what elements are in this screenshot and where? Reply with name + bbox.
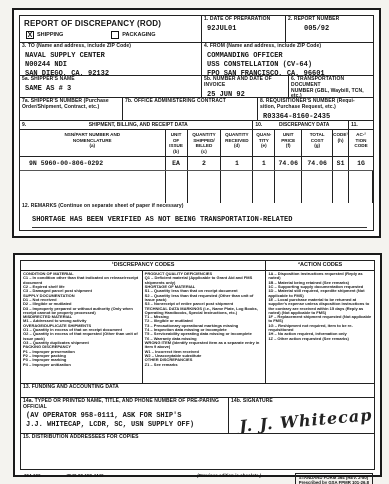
discrepancy-codes-column-2: PRODUCT QUALITY DEFICIENCIES Q1 – Defici… [143, 271, 267, 383]
box13-label: 13. FUNDING AND ACCOUNTING DATA [23, 385, 372, 391]
section10-number: 10. [255, 122, 262, 128]
box5b-value: 25 JUN 92 [207, 91, 286, 98]
shipping-label: SHIPPING [37, 32, 63, 38]
cell-qty-shipped: 2 [188, 157, 222, 170]
form-footer: 364-102 7540-00-159-4442 (Previous editi… [20, 472, 375, 484]
rod-form-page1: REPORT OF DISCREPANCY (ROD) X SHIPPING P… [12, 8, 381, 238]
box14a-label: 14a. TYPED OR PRINTED NAME, TITLE, AND P… [23, 399, 226, 411]
box8-requisitioners-number: 8. REQUISITIONER'S NUMBER (Requi- sition… [258, 98, 373, 120]
box14a-value: (AV OPERATOR 958-0111, ASK FOR SHIP'S J.… [26, 412, 226, 430]
action-codes-column: 1A – Disposition instructions requested … [266, 271, 374, 383]
cell-qty-received: 1 [221, 157, 253, 170]
table-empty-rows [20, 171, 373, 203]
table-section-band: 9. SHIPMENT, BILLING, AND RECEIPT DATA 1… [20, 121, 373, 130]
box13-funding-accounting: 13. FUNDING AND ACCOUNTING DATA [21, 384, 374, 398]
box3-to-address: 3. TO (Name and address, include ZIP Cod… [20, 43, 202, 75]
box7a-shippers-number: 7a. SHIPPER'S NUMBER (Purchase Order/Shi… [20, 98, 123, 120]
box12-remarks: 12. REMARKS (Continue on separate sheet … [20, 203, 373, 231]
packaging-label: PACKAGING [122, 32, 155, 38]
address-row: 3. TO (Name and address, include ZIP Cod… [20, 43, 373, 76]
box5b-label: 5b. NUMBER AND DATE OF INVOICE [204, 77, 286, 89]
packaging-checkbox [111, 31, 119, 39]
box7a-label: 7a. SHIPPER'S NUMBER (Purchase Order/Shi… [22, 99, 120, 111]
footer-nsn: 7540-00-159-4442 [67, 473, 104, 478]
footer-previous-edition: (Previous edition is obsolete.) [164, 473, 295, 478]
title-cell: REPORT OF DISCREPANCY (ROD) X SHIPPING P… [20, 16, 202, 42]
cell-code: S1 [333, 157, 349, 170]
box7b-office-administering-contract: 7b. OFFICE ADMINISTERING CONTRACT [123, 98, 258, 120]
col-header-nsn: NSN/PART NUMBER AND NOMENCLATURE (a) [20, 130, 166, 156]
action-codes-title: ²ACTION CODES [266, 261, 374, 270]
box12-label: 12. REMARKS (Continue on separate sheet … [22, 204, 371, 210]
box4-label: 4. FROM (Name and address, include ZIP C… [204, 44, 371, 50]
box7b-label: 7b. OFFICE ADMINISTERING CONTRACT [125, 99, 255, 105]
form-body-bottom: ¹DISCREPANCY CODES ²ACTION CODES CONDITI… [20, 260, 375, 470]
box14b-label: 14b. SIGNATURE [231, 399, 372, 405]
box1-date-of-preparation: 1. DATE OF PREPARATION 92JUL01 [202, 16, 286, 42]
form-title: REPORT OF DISCREPANCY (ROD) [24, 19, 199, 28]
section11-number: 11. [351, 122, 358, 128]
cell-action-code: 1G [349, 157, 373, 170]
box2-label: 2. REPORT NUMBER [288, 17, 371, 23]
box5a-value: SAME AS # 3 [25, 85, 199, 94]
section10-header: 10. DISCREPANCY DATA [253, 121, 349, 129]
col-header-qty-shipped: QUANTITY SHIPPED/ BILLED (c) [188, 130, 222, 156]
section9-title: SHIPMENT, BILLING, AND RECEIPT DATA [26, 122, 250, 128]
codes-header-row: ¹DISCREPANCY CODES ²ACTION CODES [21, 261, 374, 271]
codes-body: CONDITION OF MATERIAL C1 – In condition … [21, 271, 374, 384]
box12-value: SHORTAGE HAS BEEN VERIFIED AS NOT BEING … [32, 216, 367, 228]
col-header-qty-received: QUANTITY RECEIVED (d) [221, 130, 253, 156]
box4-from-address: 4. FROM (Name and address, include ZIP C… [202, 43, 373, 75]
checkbox-row: X SHIPPING PACKAGING [26, 31, 199, 39]
header-row: REPORT OF DISCREPANCY (ROD) X SHIPPING P… [20, 16, 373, 43]
col-header-action-code: AC-² TION CODE [349, 130, 373, 156]
box15-distribution-addressees: 15. DISTRIBUTION ADDRESSEES FOR COPIES [21, 434, 374, 468]
table-column-headers: NSN/PART NUMBER AND NOMENCLATURE (a) UNI… [20, 130, 373, 157]
cell-unit-price: 74.06 [275, 157, 302, 170]
cell-nsn: 9N 5960-00-806-0292 [20, 157, 166, 170]
footer-prescribed-by: Prescribed by GSA FPMR 101-26.8 [299, 480, 369, 484]
box2-report-number: 2. REPORT NUMBER 005/92 [286, 16, 373, 42]
col-header-code: CODE¹ (h) [333, 130, 349, 156]
box5b-invoice: 5b. NUMBER AND DATE OF INVOICE 25 JUN 92 [202, 76, 289, 97]
box3-label: 3. TO (Name and address, include ZIP Cod… [22, 44, 199, 50]
discrepancy-codes-title: ¹DISCREPANCY CODES [21, 261, 266, 270]
section9-header: 9. SHIPMENT, BILLING, AND RECEIPT DATA [20, 121, 253, 129]
signature-handwriting: J. J. Whitecap [238, 405, 373, 433]
section11-header: 11. [349, 121, 373, 129]
box4-value: COMMANDING OFFICER USS CONSTELLATION (CV… [207, 52, 371, 75]
col-header-unit-price: UNIT PRICE (f) [275, 130, 302, 156]
rod-form-page2: ¹DISCREPANCY CODES ²ACTION CODES CONDITI… [13, 253, 382, 477]
signature-row: 14a. TYPED OR PRINTED NAME, TITLE, AND P… [21, 398, 374, 434]
box5a-shippers-name: 5a. SHIPPER'S NAME SAME AS # 3 [20, 76, 202, 97]
section10-title: DISCREPANCY DATA [262, 122, 346, 128]
footer-standard-form-box: STANDARD FORM 364 (REV. 2-80) Prescribed… [295, 473, 373, 484]
col-header-unit-of-issue: UNIT OF ISSUE (b) [166, 130, 188, 156]
col-header-total-cost: TOTAL COST (g) [302, 130, 333, 156]
box6-label: 6. TRANSPORTATION DOCUMENT NUMBER (GBL, … [291, 77, 371, 97]
form-body-top: REPORT OF DISCREPANCY (ROD) X SHIPPING P… [19, 15, 374, 231]
numbers-row: 7a. SHIPPER'S NUMBER (Purchase Order/Shi… [20, 98, 373, 121]
table-row: 9N 5960-00-806-0292 EA 2 1 1 74.06 74.06… [20, 157, 373, 171]
cell-unit-of-issue: EA [166, 157, 188, 170]
footer-form-number: 364-102 [24, 473, 41, 478]
cell-total-cost: 74.06 [302, 157, 333, 170]
box1-label: 1. DATE OF PREPARATION [204, 17, 283, 23]
box8-label: 8. REQUISITIONER'S NUMBER (Requi- sition… [260, 99, 371, 111]
box1-value: 92JUL01 [207, 25, 283, 34]
box6-transportation-document: 6. TRANSPORTATION DOCUMENT NUMBER (GBL, … [289, 76, 373, 97]
box8-value: R03364-8160-2435 [263, 113, 371, 121]
box14b-signature: 14b. SIGNATURE J. J. Whitecap [229, 398, 374, 433]
shipping-checkbox: X [26, 31, 34, 39]
col-header-quantity: QUAN- TITY (e) [253, 130, 275, 156]
box15-label: 15. DISTRIBUTION ADDRESSEES FOR COPIES [23, 435, 372, 441]
box14a-preparing-official: 14a. TYPED OR PRINTED NAME, TITLE, AND P… [21, 398, 229, 433]
shipper-invoice-row: 5a. SHIPPER'S NAME SAME AS # 3 5b. NUMBE… [20, 76, 373, 98]
box5a-label: 5a. SHIPPER'S NAME [22, 77, 199, 83]
box3-value: NAVAL SUPPLY CENTER N00244 NDI SAN DIEGO… [25, 52, 199, 75]
discrepancy-codes-column-1: CONDITION OF MATERIAL C1 – In condition … [21, 271, 143, 383]
cell-quantity: 1 [253, 157, 275, 170]
box2-value: 005/92 [304, 25, 371, 34]
